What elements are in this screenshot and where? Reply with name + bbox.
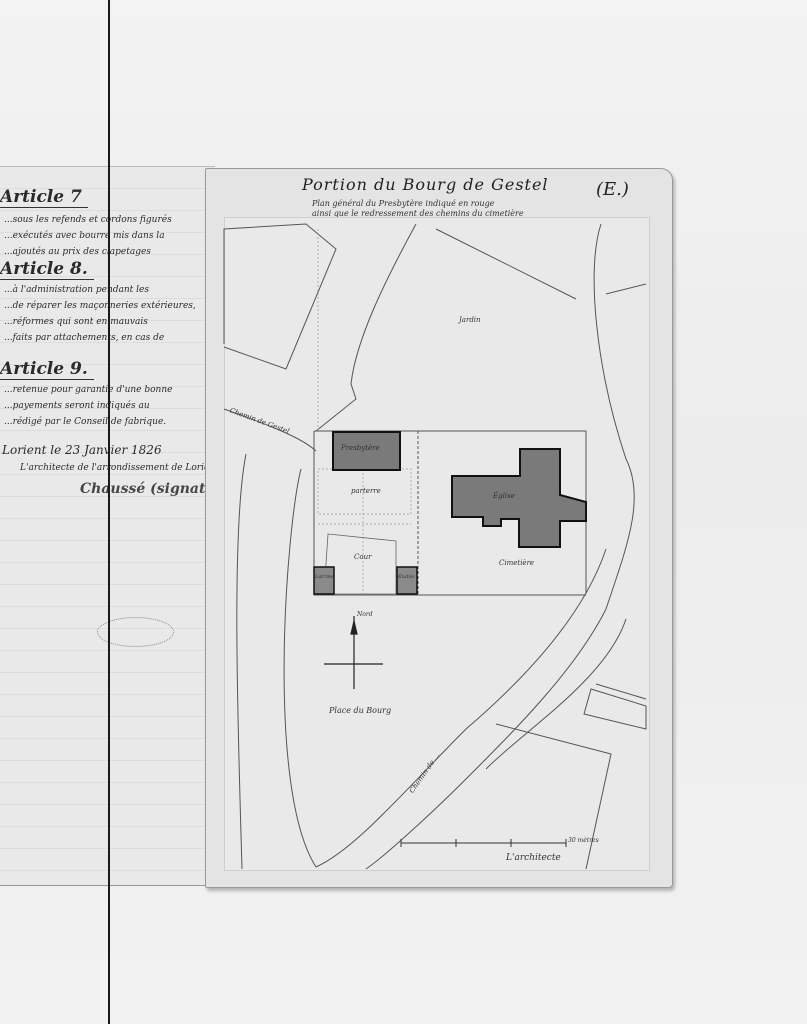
north-arrow (324, 616, 383, 689)
article-9-heading: Article 9. (0, 359, 94, 380)
signature-caption: L'architecte de l'arrondissement de Lori… (20, 463, 219, 473)
article-7-line: ...sous les refends et cordons figurés (4, 215, 172, 225)
eglise-building (452, 449, 586, 547)
latrine-building (314, 567, 334, 594)
article-8-line: ...de réparer les maçonneries extérieure… (4, 301, 196, 311)
article-8-line: ...faits par attachements, en cas de (4, 333, 164, 343)
article-7-line: ...ajoutés au prix des clapetages (4, 247, 151, 257)
article-9-line: ...payements seront indiqués au (4, 401, 150, 411)
label-jardin: Jardin (459, 316, 481, 324)
label-cour: Cour (354, 553, 371, 561)
label-parterre: parterre (351, 487, 381, 495)
scale-bar (401, 839, 566, 847)
etable-building (397, 567, 417, 594)
article-9-line: ...rédigé par le Conseil de fabrique. (4, 417, 166, 427)
article-7-line: ...exécutés avec bourre mis dans la (4, 231, 165, 241)
article-9-line: ...retenue pour garantie d'une bonne (4, 385, 172, 395)
label-eglise: Église (493, 492, 515, 500)
article-7-heading: Article 7 (0, 187, 88, 208)
label-place-du-bourg: Place du Bourg (329, 706, 391, 715)
plan-drawing (206, 169, 672, 887)
article-8-line: ...à l'administration pendant les (4, 285, 149, 295)
scale-bar-label: 30 mètres (568, 837, 599, 844)
plan-sheet: Portion du Bourg de Gestel (E.) Plan gén… (205, 168, 673, 888)
fold-line (108, 0, 110, 1024)
architect-signature: L'architecte (506, 853, 561, 863)
label-etable: Étable (398, 574, 414, 580)
label-latrine: Latrine (315, 574, 333, 580)
label-cimetiere: Cimetière (499, 559, 534, 567)
article-8-line: ...réformes qui sont en mauvais (4, 317, 148, 327)
article-8-heading: Article 8. (0, 259, 94, 280)
date-line: Lorient le 23 Janvier 1826 (2, 443, 162, 457)
label-nord: Nord (357, 611, 373, 618)
label-presbytere: Presbytère (341, 444, 380, 452)
